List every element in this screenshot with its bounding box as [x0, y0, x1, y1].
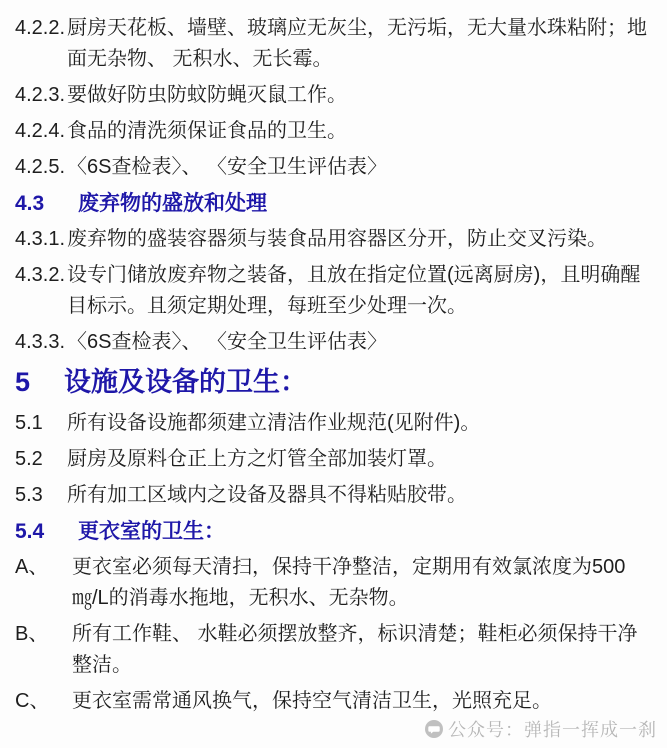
item-text: 设专门储放废弃物之装备，且放在指定位置(远离厨房)，且明确醒目标示。且须定期处理…: [67, 260, 655, 322]
watermark-text: 公众号：弹指一挥成一刹: [448, 716, 657, 742]
document-item: 4.2.3.要做好防虫防蚊防蝇灭鼠工作。: [15, 80, 655, 111]
item-text: 所有加工区域内之设备及器具不得粘贴胶带。: [67, 480, 655, 511]
item-number: 4.2.2.: [15, 13, 67, 44]
item-number: 4.2.5.: [15, 152, 67, 183]
item-number: 5.1: [15, 408, 67, 439]
item-number: 4.3: [15, 188, 78, 219]
document-item: 5.4更衣室的卫生：: [15, 516, 655, 547]
item-text: 所有设备设施都须建立清洁作业规范(见附件)。: [67, 408, 655, 439]
item-number: 4.2.4.: [15, 116, 67, 147]
item-text: 所有工作鞋、 水鞋必须摆放整齐，标识清楚；鞋柜必须保持干净整洁。: [72, 619, 655, 681]
document-item: 4.3废弃物的盛放和处理: [15, 188, 655, 219]
item-number: 5.3: [15, 480, 67, 511]
item-number: 4.3.2.: [15, 260, 67, 291]
item-text: 更衣室的卫生：: [78, 516, 655, 547]
document-item: 4.3.2.设专门储放废弃物之装备，且放在指定位置(远离厨房)，且明确醒目标示。…: [15, 260, 655, 322]
watermark: 公众号：弹指一挥成一刹: [425, 716, 657, 742]
item-number: 4.3.1.: [15, 224, 67, 255]
chat-bubble-icon: [425, 720, 443, 738]
item-text: 更衣室必须每天清扫，保持干净整洁，定期用有效氯浓度为500㎎/L的消毒水拖地，无…: [72, 552, 655, 614]
item-text: 食品的清洗须保证食品的卫生。: [67, 116, 655, 147]
item-number: C、: [15, 686, 72, 717]
item-text: 设施及设备的卫生：: [64, 363, 655, 401]
item-number: 5: [15, 363, 64, 401]
document-item: C、更衣室需常通风换气，保持空气清洁卫生，光照充足。: [15, 686, 655, 717]
item-text: 〈6S查检表〉、 〈安全卫生评估表〉: [67, 327, 655, 358]
item-number: 5.4: [15, 516, 78, 547]
document-item: 5设施及设备的卫生：: [15, 363, 655, 401]
document-item: 4.3.1.废弃物的盛装容器须与装食品用容器区分开，防止交叉污染。: [15, 224, 655, 255]
document-item: A、更衣室必须每天清扫，保持干净整洁，定期用有效氯浓度为500㎎/L的消毒水拖地…: [15, 552, 655, 614]
document-item: 4.3.3.〈6S查检表〉、 〈安全卫生评估表〉: [15, 327, 655, 358]
item-number: 4.2.3.: [15, 80, 67, 111]
item-text: 更衣室需常通风换气，保持空气清洁卫生，光照充足。: [72, 686, 655, 717]
document-item: 4.2.2.厨房天花板、墙壁、玻璃应无灰尘，无污垢，无大量水珠粘附；地面无杂物、…: [15, 13, 655, 75]
document-item: 4.2.5.〈6S查检表〉、 〈安全卫生评估表〉: [15, 152, 655, 183]
document-item: 5.3所有加工区域内之设备及器具不得粘贴胶带。: [15, 480, 655, 511]
item-text: 废弃物的盛装容器须与装食品用容器区分开，防止交叉污染。: [67, 224, 655, 255]
document-item: 5.2厨房及原料仓正上方之灯管全部加装灯罩。: [15, 444, 655, 475]
item-text: 废弃物的盛放和处理: [78, 188, 655, 219]
item-number: A、: [15, 552, 72, 583]
item-number: 5.2: [15, 444, 67, 475]
document-item: 4.2.4.食品的清洗须保证食品的卫生。: [15, 116, 655, 147]
document-body: 4.2.2.厨房天花板、墙壁、玻璃应无灰尘，无污垢，无大量水珠粘附；地面无杂物、…: [15, 13, 655, 717]
document-item: B、所有工作鞋、 水鞋必须摆放整齐，标识清楚；鞋柜必须保持干净整洁。: [15, 619, 655, 681]
item-text: 要做好防虫防蚊防蝇灭鼠工作。: [67, 80, 655, 111]
item-number: B、: [15, 619, 72, 650]
document-page: 4.2.2.厨房天花板、墙壁、玻璃应无灰尘，无污垢，无大量水珠粘附；地面无杂物、…: [0, 0, 667, 748]
item-text: 〈6S查检表〉、 〈安全卫生评估表〉: [67, 152, 655, 183]
item-text: 厨房天花板、墙壁、玻璃应无灰尘，无污垢，无大量水珠粘附；地面无杂物、 无积水、无…: [67, 13, 655, 75]
item-text: 厨房及原料仓正上方之灯管全部加装灯罩。: [67, 444, 655, 475]
item-number: 4.3.3.: [15, 327, 67, 358]
document-item: 5.1所有设备设施都须建立清洁作业规范(见附件)。: [15, 408, 655, 439]
